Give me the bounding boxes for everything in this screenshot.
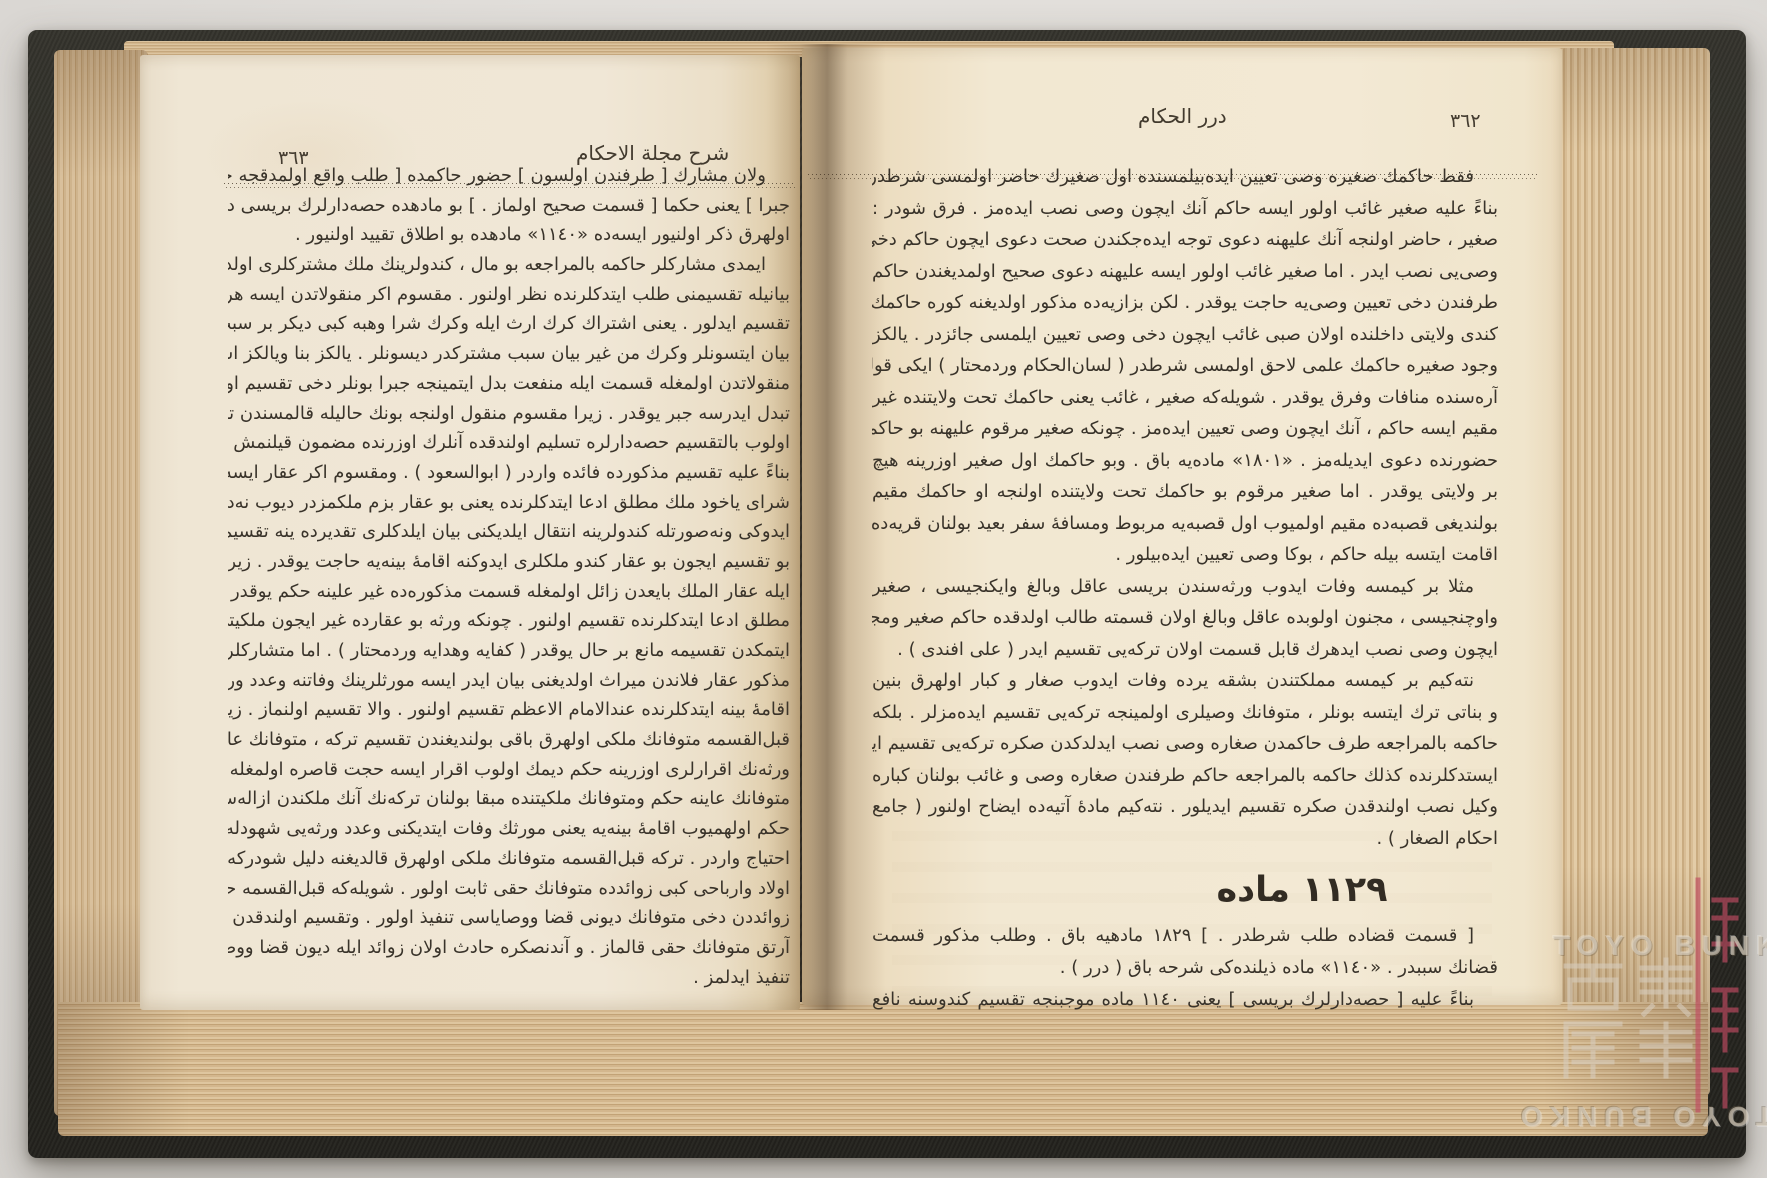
text-line: ورثه‌نك اقرارلرى اوزرينه حكم ديمك اولوب … [228,755,790,785]
text-line: وكيل نصب اولندقدن صكره تقسيم ايديلور . ن… [872,791,1498,823]
text-line: ايتمكدن تقسيمه مانع بر حال يوقدر ( كفايه… [228,636,790,666]
text-line: متوفانك عاينه حكم ومتوفانك ملكيتنده مبقا… [228,784,790,814]
text-line: مطلق ادعا ايتدكلرنده تقسيم اولنور . چونك… [228,606,790,636]
text-line: اولوب بالتقسيم حصه‌دارلره تسليم اولندقده… [228,428,790,458]
text-line: بر ولايتى يوقدر . اما صغير مرقوم بو حاكم… [872,476,1498,508]
left-page-text: ولان مشارك [ طرفندن اولسون ] حضور حاكمده… [228,161,790,1001]
text-line: قضانك سببدر . «١١٤٠» ماده ذيلنده‌كى شرحه… [872,952,1498,984]
text-line: جبرا ] يعنى حكما [ قسمت صحيح اولماز . ] … [228,191,790,221]
text-line: ايستدكلرنده كذلك حاكمه بالمراجعه حاكم طر… [872,760,1498,792]
text-line: منقولاتدن اولمغله قسمت ايله منفعت بدل اي… [228,369,790,399]
text-line: حكم اولهميوب اقامهٔ بينه‌يه يعنى مورثك و… [228,814,790,844]
text-line: بناءً عليه تقسيم مذكورده فائده واردر ( ا… [228,458,790,488]
text-line: تقسيم ايدلور . يعنى اشتراك كرك ارث ايله … [228,309,790,339]
text-line: ايچون وصى نصب ايدهرك قابل قسمت اولان ترك… [872,634,1498,666]
page-edges-left [54,50,148,1116]
text-line: بو تقسيم ايجون بو عقار كندو ملكلرى ايدوك… [228,547,790,577]
text-line: بناءً عليه [ حصه‌دارلرك بريسى ] يعنى ١١٤… [872,984,1498,1016]
page-edges-right [1560,48,1710,1096]
text-line: مقيم ايسه حاكم ، آنك ايچون وصى تعيين ايد… [872,413,1498,445]
text-line: فقط حاكمك صغيره وصى تعيين ايده‌بيلمسنده … [872,161,1498,193]
right-page: درر الحكام ٣٦٢ فقط حاكمك صغيره وصى تعيين… [802,48,1562,1005]
text-line: اولهرق ذكر اولنيور ايسه‌ده «١١٤٠» مادهده… [228,220,790,250]
text-line: طرفندن دخى تعيين وصى‌يه حاجت يوقدر . لكن… [872,287,1498,319]
text-line: بيانيله تقسيمنى طلب ايتدكلرنده نظر اولنو… [228,280,790,310]
photo-background: { "photo": { "background_color": "#e1ded… [0,0,1767,1178]
text-line: نته‌كيم بر كيمسه مملكتندن بشقه يرده وفات… [872,665,1498,697]
text-line: ايمدى مشاركلر حاكمه بالمراجعه بو مال ، ك… [228,250,790,280]
text-line: اولاد وارباحى كبى زوائدده متوفانك حقى ثا… [228,874,790,904]
text-line: تبدل ايدرسه جبر يوقدر . زيرا مقسوم منقول… [228,399,790,429]
text-line: ولان مشارك [ طرفندن اولسون ] حضور حاكمده… [228,161,790,191]
right-page-number: ٣٦٢ [1450,110,1481,132]
text-line: حضورنده دعوى ايديله‌مز . «١٨٠١» ماده‌يه … [872,445,1498,477]
text-line: شراى ياخود ملك مطلق ادعا ايتدكلرنده يعنى… [228,488,790,518]
text-line: صغير ، حاضر اولنجه آنك عليهنه دعوى توجه … [872,224,1498,256]
article-heading: ١١٢٩ ماده [1102,870,1502,918]
left-page: ٣٦٣ شرح مجلة الاحكام ولان مشارك [ طرفندن… [140,55,800,1010]
text-line: و بناتى ترك ايتسه بونلر ، متوفانك وصيلرى… [872,697,1498,729]
text-line: آرتق متوفانك حقى قالماز . و آندنصكره حاد… [228,933,790,963]
right-page-text: فقط حاكمك صغيره وصى تعيين ايده‌بيلمسنده … [872,161,1498,861]
text-line: قبل‌القسمه متوفانك ملكى اولهرق باقى بولن… [228,725,790,755]
text-line: مثلا بر كيمسه وفات ايدوب ورثه‌سندن بريسى… [872,571,1498,603]
book: ٣٦٣ شرح مجلة الاحكام ولان مشارك [ طرفندن… [28,30,1746,1158]
text-line: احتياج واردر . تركه قبل‌القسمه متوفانك م… [228,844,790,874]
text-line: آره‌سنده منافات وفرق يوقدر . شويله‌كه صغ… [872,382,1498,414]
text-line: تنفيذ ايدلمز . [228,963,790,993]
text-line: ايله عقار الملك بايعدن زائل اولمغله قسمت… [228,577,790,607]
text-line: بولنديغى قصبه‌ده مقيم اولميوب اول قصبه‌ي… [872,508,1498,540]
page-edges-bottom [58,1002,1708,1136]
text-line: مذكور عقار فلاندن ميراث اولديغنى بيان اي… [228,666,790,696]
text-line: حاكمه بالمراجعه طرف حاكمدن صغاره وصى نصب… [872,728,1498,760]
text-line: وجود صغيره حاكمك علمى لاحق اولمسى شرطدر … [872,350,1498,382]
text-line: كندى ولايتى داخلنده اولان صبى غائب ايچون… [872,319,1498,351]
text-line: زوائددن دخى متوفانك ديونى قضا ووصاياسى ت… [228,903,790,933]
text-line: وصى‌يى نصب ايدر . اما صغير غائب اولور اي… [872,256,1498,288]
text-line: بيان ايتسونلر وكرك من غير بيان سبب مشترك… [228,339,790,369]
text-line: واوچنجيسى ، مجنون اولوبده عاقل وبالغ اول… [872,602,1498,634]
text-line: ايدوكى ونه‌صورتله كندولرينه انتقال ايلدي… [228,517,790,547]
text-line: اقامهٔ بينه ايتدكلرنده عندالامام الاعظم … [228,695,790,725]
right-page-header-title: درر الحكام [1138,104,1227,128]
article-text: [ قسمت قضاده طلب شرطدر . ] ١٨٢٩ مادهيه ب… [872,920,1498,1020]
text-line: احكام الصغار ) . [872,823,1498,855]
text-line: بناءً عليه صغير غائب اولور ايسه حاكم آنك… [872,193,1498,225]
text-line: [ قسمت قضاده طلب شرطدر . ] ١٨٢٩ مادهيه ب… [872,920,1498,952]
text-line: اقامت ايتسه بيله حاكم ، بوكا وصى تعيين ا… [872,539,1498,571]
